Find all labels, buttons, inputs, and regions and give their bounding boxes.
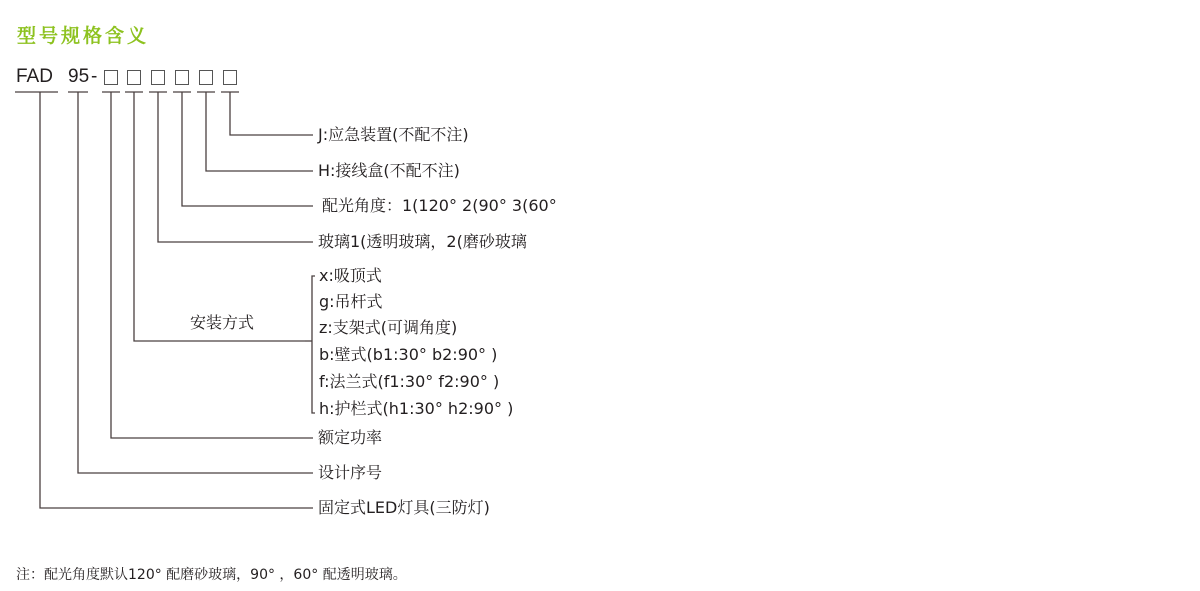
label-fixture-type: 固定式LED灯具(三防灯) (318, 498, 490, 518)
label-beam-angle: 配光角度：1(120° 2(90° 3(60° (322, 196, 557, 216)
label-emergency: J:应急装置(不配不注) (318, 125, 469, 145)
mounting-option: f:法兰式(f1:30° f2:90° ) (319, 372, 499, 392)
label-junction-box: H:接线盒(不配不注) (318, 161, 460, 181)
footnote: 注：配光角度默认120° 配磨砂玻璃，90° ，60° 配透明玻璃。 (16, 564, 407, 584)
label-design-serial: 设计序号 (318, 463, 382, 483)
mounting-option: g:吊杆式 (319, 292, 383, 312)
connector-lines (0, 0, 1200, 591)
mounting-option: h:护栏式(h1:30° h2:90° ) (319, 399, 513, 419)
label-glass: 玻璃1(透明玻璃，2(磨砂玻璃 (318, 232, 527, 252)
mounting-option: x:吸顶式 (319, 266, 382, 286)
label-mounting-title: 安装方式 (190, 313, 254, 333)
label-rated-power: 额定功率 (318, 428, 382, 448)
mounting-option: z:支架式(可调角度) (319, 318, 457, 338)
mounting-option: b:壁式(b1:30° b2:90° ) (319, 345, 497, 365)
